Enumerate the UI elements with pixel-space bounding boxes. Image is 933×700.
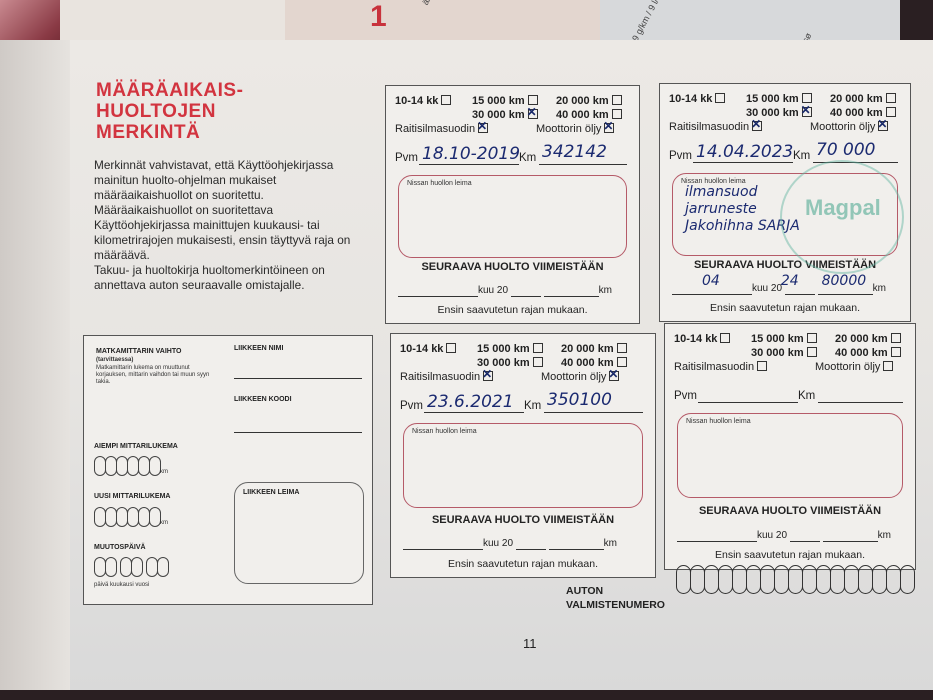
air-filter-label: Raitisilmasuodin (395, 123, 475, 135)
checkbox-km_40000[interactable] (886, 107, 896, 117)
interval-label: 10-14 kk (669, 93, 712, 105)
next-month-field[interactable] (403, 538, 483, 550)
nissan-stamp-area: Nissan huollon leima (677, 413, 903, 498)
engine-oil-label: Moottorin öljy (815, 361, 880, 373)
title-line: MÄÄRÄAIKAIS- (96, 80, 243, 101)
checkbox-km_40000[interactable] (612, 109, 622, 119)
background-red-mark: 1 (370, 0, 387, 34)
km-value: 350100 (547, 390, 612, 410)
km-20000-label: 20 000 km (556, 95, 609, 107)
km-40000-label: 40 000 km (561, 357, 614, 369)
checkbox-interval_10_14[interactable] (715, 93, 725, 103)
next-year-field[interactable]: 24 (785, 283, 815, 295)
new-reading-field[interactable] (94, 507, 160, 527)
vin-digit-slot[interactable] (802, 565, 817, 594)
next-km-field[interactable] (823, 530, 878, 542)
odometer-change-box: MATKAMITTARIN VAIHTO (tarvittaessa) Matk… (83, 335, 373, 605)
month-label: kuu 20 (483, 538, 513, 549)
vin-label: AUTON VALMISTENUMERO (566, 584, 665, 612)
next-service-heading: SEURAAVA HUOLTO VIIMEISTÄÄN (391, 514, 655, 526)
date-field[interactable] (419, 164, 519, 165)
checkbox-km_15000[interactable] (528, 95, 538, 105)
checkbox-km_40000[interactable] (617, 357, 627, 367)
checkbox-km_15000[interactable] (807, 333, 817, 343)
interval-label: 10-14 kk (400, 343, 443, 355)
checkbox-km_30000[interactable] (528, 109, 538, 119)
vin-digit-slot[interactable] (704, 565, 719, 594)
next-km-value: 80000 (822, 273, 867, 289)
vin-digit-slot[interactable] (816, 565, 831, 594)
km-label: Km (524, 400, 541, 412)
next-month-value: 04 (702, 273, 720, 289)
km-field[interactable] (544, 412, 643, 413)
next-year-field[interactable] (511, 285, 541, 297)
km-label: Km (793, 150, 810, 162)
vin-digit-slot[interactable] (774, 565, 789, 594)
service-record-box: 10-14 kk 15 000 km 20 000 km 30 000 km 4… (390, 333, 656, 578)
km-20000-label: 20 000 km (835, 333, 888, 345)
shop-stamp-text: Magpal (805, 195, 881, 221)
checkbox-air_filter[interactable] (752, 121, 762, 131)
nissan-stamp-label: Nissan huollon leima (407, 180, 472, 187)
previous-reading-field[interactable] (94, 456, 160, 476)
title-line: MERKINTÄ (96, 122, 243, 143)
next-km-field[interactable] (549, 538, 604, 550)
air-filter-label: Raitisilmasuodin (669, 121, 749, 133)
km-15000-label: 15 000 km (477, 343, 530, 355)
month-label: kuu 20 (752, 283, 782, 294)
vin-digit-slot[interactable] (746, 565, 761, 594)
date-field[interactable] (698, 402, 798, 403)
next-year-field[interactable] (516, 538, 546, 550)
checkbox-km_30000[interactable] (807, 347, 817, 357)
interval-label: 10-14 kk (674, 333, 717, 345)
vin-digit-slot[interactable] (844, 565, 859, 594)
next-month-field[interactable]: 04 (672, 283, 752, 295)
page-title: MÄÄRÄAIKAIS- HUOLTOJEN MERKINTÄ (96, 80, 243, 143)
date-label: Pvm (400, 400, 423, 412)
shop-name-label: LIIKKEEN NIMI (234, 345, 283, 352)
engine-oil-label: Moottorin öljy (541, 371, 606, 383)
change-date-field[interactable] (94, 557, 168, 577)
vin-field[interactable] (676, 565, 914, 594)
intro-text: Merkinnät vahvistavat, että Käyttöohjeki… (94, 158, 369, 293)
vin-digit-slot[interactable] (718, 565, 733, 594)
km-label: Km (798, 390, 815, 402)
nissan-stamp-label: Nissan huollon leima (412, 428, 477, 435)
checkbox-interval_10_14[interactable] (446, 343, 456, 353)
checkbox-km_30000[interactable] (533, 357, 543, 367)
km-unit: km (878, 530, 891, 541)
title-line: HUOLTOJEN (96, 101, 243, 122)
km-30000-label: 30 000 km (751, 347, 804, 359)
next-year-value: 24 (781, 273, 799, 289)
checkbox-engine_oil[interactable] (604, 123, 614, 133)
next-km-field[interactable] (544, 285, 599, 297)
km-unit: km (599, 285, 612, 296)
service-record-box: 10-14 kk 15 000 km 20 000 km 30 000 km 4… (664, 323, 916, 570)
vin-digit-slot[interactable] (872, 565, 887, 594)
vin-digit-slot[interactable] (760, 565, 775, 594)
vin-digit-slot[interactable] (886, 565, 901, 594)
next-year-field[interactable] (790, 530, 820, 542)
date-value: 14.04.2023 (696, 142, 793, 162)
nissan-stamp-area: Nissan huollon leima (398, 175, 627, 258)
month-label: kuu 20 (478, 285, 508, 296)
checkbox-air_filter[interactable] (483, 371, 493, 381)
km-20000-label: 20 000 km (561, 343, 614, 355)
intro-paragraph: Takuu- ja huoltokirja huoltomerkintöinee… (94, 263, 369, 293)
shop-code-label: LIIKKEEN KOODI (234, 396, 292, 403)
km-label: Km (519, 152, 536, 164)
vin-digit-slot[interactable] (830, 565, 845, 594)
date-field[interactable] (693, 162, 793, 163)
shop-stamp-label: LIIKKEEN LEIMA (243, 489, 299, 496)
engine-oil-label: Moottorin öljy (810, 121, 875, 133)
km-value: 70 000 (816, 140, 875, 160)
odometer-change-subheading: (tarvittaessa) (96, 357, 133, 364)
date-value: 23.6.2021 (427, 392, 514, 412)
vin-label-line: VALMISTENUMERO (566, 598, 665, 612)
km-40000-label: 40 000 km (830, 107, 883, 119)
checkbox-km_20000[interactable] (891, 333, 901, 343)
vin-digit-slot[interactable] (676, 565, 691, 594)
km-15000-label: 15 000 km (751, 333, 804, 345)
date-label: Pvm (395, 152, 418, 164)
page-number: 11 (523, 636, 537, 651)
date-field[interactable] (424, 412, 524, 413)
nissan-stamp-area: Nissan huollon leima (403, 423, 643, 508)
previous-reading-label: AIEMPI MITTARILUKEMA (94, 443, 178, 450)
checkbox-km_30000[interactable] (802, 107, 812, 117)
km-40000-label: 40 000 km (556, 109, 609, 121)
next-month-field[interactable] (677, 530, 757, 542)
checkbox-km_15000[interactable] (802, 93, 812, 103)
page-gutter (0, 40, 70, 690)
km-unit: km (604, 538, 617, 549)
checkbox-km_15000[interactable] (533, 343, 543, 353)
odometer-change-heading: MATKAMITTARIN VAIHTO (96, 348, 181, 355)
checkbox-km_20000[interactable] (886, 93, 896, 103)
date-format-label: päivä kuukausi vuosi (94, 582, 149, 589)
nissan-stamp-label: Nissan huollon leima (686, 418, 751, 425)
km-20000-label: 20 000 km (830, 93, 883, 105)
shop-name-field[interactable] (234, 378, 362, 379)
interval-label: 10-14 kk (395, 95, 438, 107)
checkbox-km_40000[interactable] (891, 347, 901, 357)
km-15000-label: 15 000 km (472, 95, 525, 107)
shop-code-field[interactable] (234, 432, 362, 433)
vin-label-line: AUTON (566, 584, 665, 598)
footer-note: Ensin saavutetun rajan mukaan. (391, 558, 655, 570)
intro-paragraph: Merkinnät vahvistavat, että Käyttöohjeki… (94, 158, 369, 203)
new-reading-label: UUSI MITTARILUKEMA (94, 493, 170, 500)
km-value: 342142 (542, 142, 607, 162)
checkbox-engine_oil[interactable] (609, 371, 619, 381)
km-unit: km (160, 469, 168, 476)
air-filter-label: Raitisilmasuodin (400, 371, 480, 383)
km-40000-label: 40 000 km (835, 347, 888, 359)
engine-oil-label: Moottorin öljy (536, 123, 601, 135)
service-record-box: 10-14 kk 15 000 km 20 000 km 30 000 km 4… (385, 85, 640, 324)
checkbox-km_20000[interactable] (612, 95, 622, 105)
checkbox-air_filter[interactable] (478, 123, 488, 133)
checkbox-engine_oil[interactable] (878, 121, 888, 131)
intro-paragraph: Määräaikaishuollot on suoritettava Käytt… (94, 203, 369, 263)
month-label: kuu 20 (757, 530, 787, 541)
date-label: Pvm (669, 150, 692, 162)
date-label: Pvm (674, 390, 697, 402)
vin-digit-slot[interactable] (788, 565, 803, 594)
checkbox-interval_10_14[interactable] (720, 333, 730, 343)
checkbox-engine_oil[interactable] (883, 361, 893, 371)
checkbox-air_filter[interactable] (757, 361, 767, 371)
vin-digit-slot[interactable] (900, 565, 915, 594)
date-value: 18.10-2019 (422, 144, 520, 164)
next-service-heading: SEURAAVA HUOLTO VIIMEISTÄÄN (665, 505, 915, 517)
footer-note: Ensin saavutetun rajan mukaan. (665, 549, 915, 561)
checkbox-interval_10_14[interactable] (441, 95, 451, 105)
vin-digit-slot[interactable] (690, 565, 705, 594)
km-unit: km (873, 283, 886, 294)
next-month-field[interactable] (398, 285, 478, 297)
odometer-change-description: Matkamittarin lukema on muuttunut korjau… (96, 365, 216, 386)
shop-stamp-area: LIIKKEEN LEIMA (234, 482, 364, 584)
next-service-heading: SEURAAVA HUOLTO VIIMEISTÄÄN (386, 261, 639, 273)
change-date-label: MUUTOSPÄIVÄ (94, 544, 146, 551)
air-filter-label: Raitisilmasuodin (674, 361, 754, 373)
km-15000-label: 15 000 km (746, 93, 799, 105)
checkbox-km_20000[interactable] (617, 343, 627, 353)
next-km-field[interactable]: 80000 (818, 283, 873, 295)
footer-note: Ensin saavutetun rajan mukaan. (660, 302, 910, 314)
km-field[interactable] (539, 164, 627, 165)
km-unit: km (160, 520, 168, 527)
km-field[interactable] (818, 402, 903, 403)
vin-digit-slot[interactable] (858, 565, 873, 594)
footer-note: Ensin saavutetun rajan mukaan. (386, 304, 639, 316)
vin-digit-slot[interactable] (732, 565, 747, 594)
